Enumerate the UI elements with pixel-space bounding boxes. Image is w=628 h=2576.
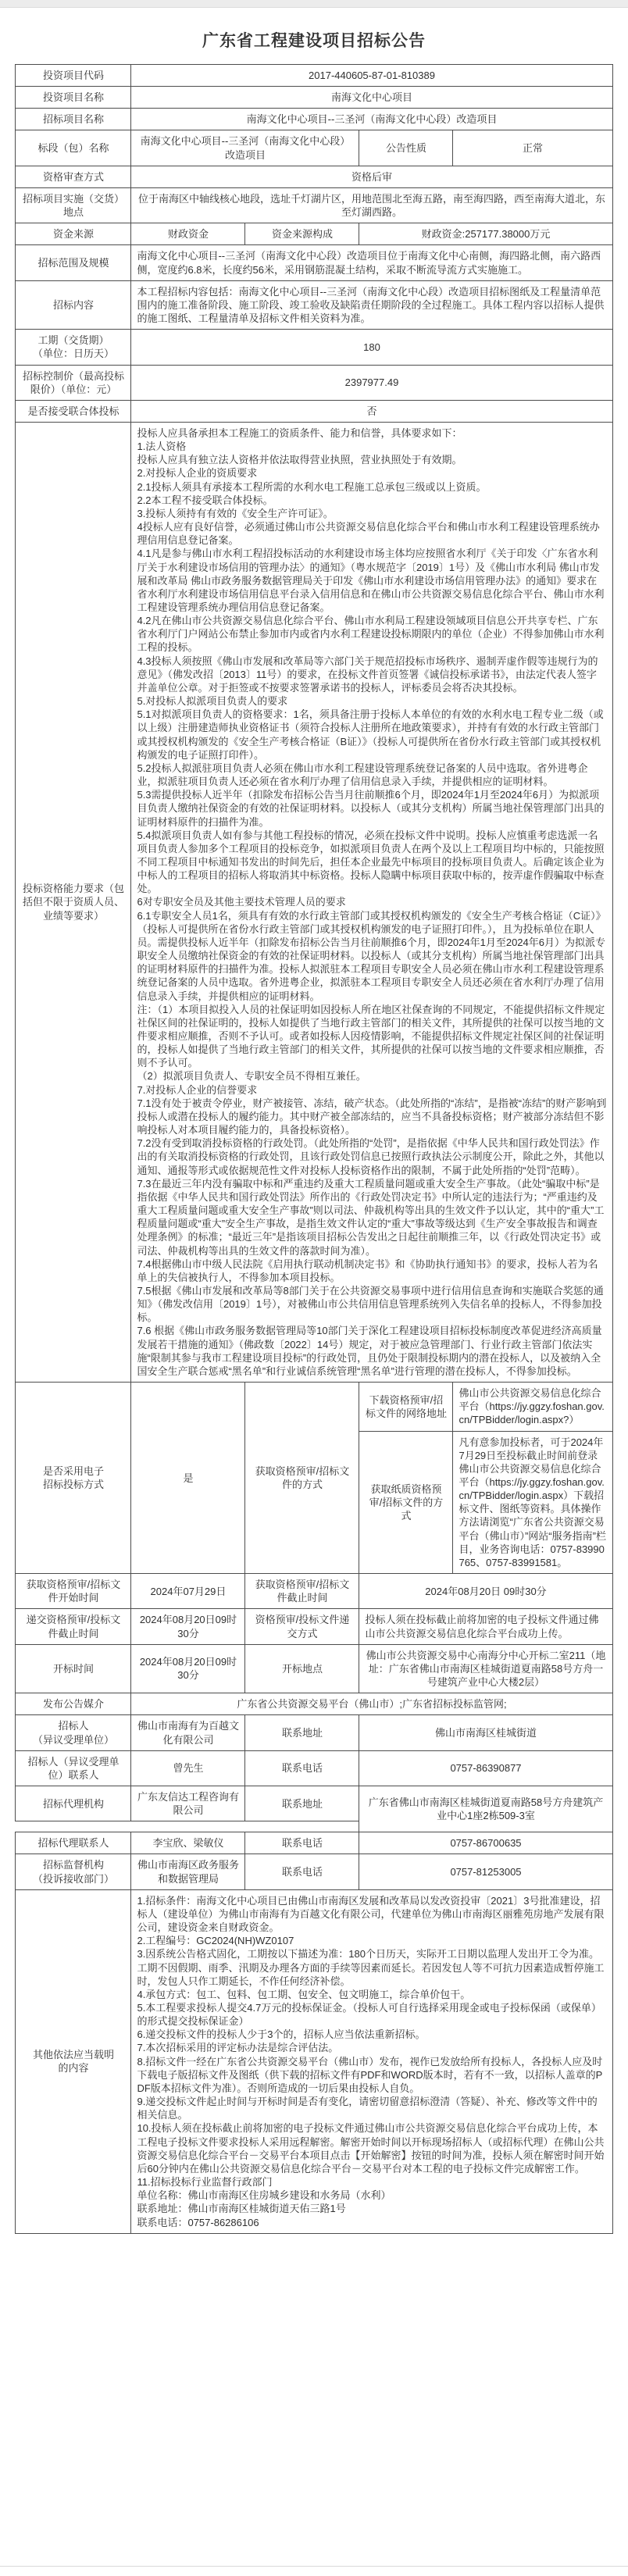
row-e-bidding-1: 是否采用电子 招标投标方式 是 获取资格预审/招标文件的方式 下载资格预审/招标… bbox=[16, 1383, 612, 1431]
qualification-review-label: 资格审查方式 bbox=[16, 166, 131, 187]
media-value: 广东省公共资源交易平台（佛山市）;广东省招标投标监管网; bbox=[131, 1693, 612, 1715]
notice-nature-value: 正常 bbox=[453, 130, 612, 166]
row-supervisor: 招标监督机构 （投诉接收部门） 佛山市南海区政务服务和数据管理局 联系电话 07… bbox=[16, 1854, 612, 1889]
qualification-review-value: 资格后审 bbox=[131, 166, 612, 187]
consortium-label: 是否接受联合体投标 bbox=[16, 400, 131, 422]
submission-deadline-label: 递交资格预审/投标文件截止时间 bbox=[16, 1609, 131, 1644]
doc-method-label: 获取资格预审/招标文件的方式 bbox=[245, 1383, 359, 1574]
agency-tel-value: 0757-86700635 bbox=[359, 1832, 612, 1854]
funds-label: 资金来源 bbox=[16, 223, 131, 245]
spacer-cell bbox=[245, 1821, 359, 1832]
top-strip bbox=[0, 0, 628, 8]
section-name-label: 标段（包）名称 bbox=[16, 130, 131, 166]
doc-obtain-start-label: 获取资格预审/招标文件开始时间 bbox=[16, 1574, 131, 1609]
row-other: 其他依法应当载明 的内容 1.招标条件：南海文化中心项目已由佛山市南海区发展和改… bbox=[16, 1889, 612, 2233]
page-title: 广东省工程建设项目招标公告 bbox=[0, 28, 628, 52]
qualification-requirements-value: 投标人应具备承担本工程施工的资质条件、能力和信誉，具体要求如下： 1.法人资格 … bbox=[131, 422, 612, 1382]
consortium-value: 否 bbox=[131, 400, 612, 422]
bid-opening-time-value: 2024年08月20日09时30分 bbox=[131, 1644, 245, 1693]
tenderer-contact-value: 曾先生 bbox=[131, 1750, 245, 1786]
row-qualification-requirements: 投标资格能力要求（包括但不限于资质人员、业绩等要求） 投标人应具备承担本工程施工… bbox=[16, 422, 612, 1382]
tenderer-addr-label: 联系地址 bbox=[245, 1715, 359, 1750]
row-control-price: 招标控制价（最高投标限价）（单位：元） 2397977.49 bbox=[16, 365, 612, 400]
scope-label: 招标范围及规模 bbox=[16, 245, 131, 280]
row-location: 招标项目实施（交货）地点 位于南海区中轴线核心地段，选址千灯湖片区，用地范围北至… bbox=[16, 187, 612, 223]
footer-divider bbox=[0, 2566, 628, 2567]
row-section-name: 标段（包）名称 南海文化中心项目--三圣河（南海文化中心段）改造项目 公告性质 … bbox=[16, 130, 612, 166]
doc-obtain-start-value: 2024年07月29日 bbox=[131, 1574, 245, 1609]
row-submission: 递交资格预审/投标文件截止时间 2024年08月20日09时30分 资格预审/投… bbox=[16, 1609, 612, 1644]
tenderer-tel-label: 联系电话 bbox=[245, 1750, 359, 1786]
agency-contact-label: 招标代理联系人 bbox=[16, 1832, 131, 1854]
tender-project-name-label: 招标项目名称 bbox=[16, 109, 131, 130]
agency-contact-value: 李宝欣、梁敏仪 bbox=[131, 1832, 245, 1854]
scope-value: 南海文化中心项目--三圣河（南海文化中心段）改造项目位于南海文化中心南侧，海四路… bbox=[131, 245, 612, 280]
funds-composition-value: 财政资金:257177.38000万元 bbox=[359, 223, 612, 245]
tenderer-label: 招标人 （异议受理单位） bbox=[16, 1715, 131, 1750]
notice-nature-label: 公告性质 bbox=[359, 130, 453, 166]
row-bid-opening: 开标时间 2024年08月20日09时30分 开标地点 佛山市公共资源交易中心南… bbox=[16, 1644, 612, 1693]
content-value: 本工程招标内容包括：南海文化中心项目--三圣河（南海文化中心段）改造项目招标图纸… bbox=[131, 280, 612, 329]
row-project-name: 投资项目名称 南海文化中心项目 bbox=[16, 87, 612, 109]
row-media: 发布公告媒介 广东省公共资源交易平台（佛山市）;广东省招标投标监管网; bbox=[16, 1693, 612, 1715]
tenderer-tel-value: 0757-86390877 bbox=[359, 1750, 612, 1786]
row-project-code: 投资项目代码 2017-440605-87-01-810389 bbox=[16, 65, 612, 87]
media-label: 发布公告媒介 bbox=[16, 1693, 131, 1715]
tenderer-contact-label: 招标人（异议受理单位）联系人 bbox=[16, 1750, 131, 1786]
spacer-cell bbox=[131, 1821, 245, 1832]
doc-obtain-end-value: 2024年08月20日 09时30分 bbox=[359, 1574, 612, 1609]
row-tenderer: 招标人 （异议受理单位） 佛山市南海有为百越文化有限公司 联系地址 佛山市南海区… bbox=[16, 1715, 612, 1750]
bid-opening-place-label: 开标地点 bbox=[245, 1644, 359, 1693]
agency-label: 招标代理机构 bbox=[16, 1786, 131, 1821]
supervisor-tel-label: 联系电话 bbox=[245, 1854, 359, 1889]
location-value: 位于南海区中轴线核心地段，选址千灯湖片区，用地范围北至海五路，南至海四路，西至南… bbox=[131, 187, 612, 223]
row-doc-obtain-time: 获取资格预审/招标文件开始时间 2024年07月29日 获取资格预审/招标文件截… bbox=[16, 1574, 612, 1609]
project-name-value: 南海文化中心项目 bbox=[131, 87, 612, 109]
row-agency: 招标代理机构 广东友信达工程咨询有限公司 联系地址 广东省佛山市南海区桂城街道夏… bbox=[16, 1786, 612, 1821]
agency-addr-label: 联系地址 bbox=[245, 1786, 359, 1821]
section-name-value: 南海文化中心项目--三圣河（南海文化中心段）改造项目 bbox=[131, 130, 359, 166]
tenderer-addr-value: 佛山市南海区桂城街道 bbox=[359, 1715, 612, 1750]
qualification-requirements-label: 投标资格能力要求（包括但不限于资质人员、业绩等要求） bbox=[16, 422, 131, 1382]
doc-obtain-end-label: 获取资格预审/招标文件截止时间 bbox=[245, 1574, 359, 1609]
row-agency-contact: 招标代理联系人 李宝欣、梁敏仪 联系电话 0757-86700635 bbox=[16, 1832, 612, 1854]
tender-notice-table: 投资项目代码 2017-440605-87-01-810389 投资项目名称 南… bbox=[15, 64, 612, 2234]
row-tenderer-contact: 招标人（异议受理单位）联系人 曾先生 联系电话 0757-86390877 bbox=[16, 1750, 612, 1786]
content-label: 招标内容 bbox=[16, 280, 131, 329]
spacer-cell bbox=[16, 1821, 131, 1832]
duration-value: 180 bbox=[131, 330, 612, 365]
funds-value: 财政资金 bbox=[131, 223, 245, 245]
location-label: 招标项目实施（交货）地点 bbox=[16, 187, 131, 223]
control-price-label: 招标控制价（最高投标限价）（单位：元） bbox=[16, 365, 131, 400]
project-code-value: 2017-440605-87-01-810389 bbox=[131, 65, 612, 87]
agency-tel-label: 联系电话 bbox=[245, 1832, 359, 1854]
row-tender-project-name: 招标项目名称 南海文化中心项目--三圣河（南海文化中心段）改造项目 bbox=[16, 109, 612, 130]
paper-doc-value: 凡有意参加投标者，可于2024年7月29日至投标截止时间前登录佛山市公共资源交易… bbox=[453, 1431, 612, 1574]
bid-opening-time-label: 开标时间 bbox=[16, 1644, 131, 1693]
bid-opening-place-value: 佛山市公共资源交易中心南海分中心开标二室211（地址：广东省佛山市南海区桂城街道… bbox=[359, 1644, 612, 1693]
row-content: 招标内容 本工程招标内容包括：南海文化中心项目--三圣河（南海文化中心段）改造项… bbox=[16, 280, 612, 329]
tender-project-name-value: 南海文化中心项目--三圣河（南海文化中心段）改造项目 bbox=[131, 109, 612, 130]
submission-method-value: 投标人须在投标截止前将加密的电子投标文件通过佛山市公共资源交易信息化综合平台成功… bbox=[359, 1609, 612, 1644]
other-value: 1.招标条件：南海文化中心项目已由佛山市南海区发展和改革局以发改资投审〔2021… bbox=[131, 1889, 612, 2233]
download-url-value: 佛山市公共资源交易信息化综合平台（https://jy.ggzy.foshan.… bbox=[453, 1383, 612, 1431]
e-bidding-value: 是 bbox=[131, 1383, 245, 1574]
submission-method-label: 资格预审/投标文件递交方式 bbox=[245, 1609, 359, 1644]
project-code-label: 投资项目代码 bbox=[16, 65, 131, 87]
agency-value: 广东友信达工程咨询有限公司 bbox=[131, 1786, 245, 1821]
paper-doc-label: 获取纸质资格预审/招标文件的方式 bbox=[359, 1431, 453, 1574]
project-name-label: 投资项目名称 bbox=[16, 87, 131, 109]
e-bidding-label: 是否采用电子 招标投标方式 bbox=[16, 1383, 131, 1574]
other-label: 其他依法应当载明 的内容 bbox=[16, 1889, 131, 2233]
tenderer-value: 佛山市南海有为百越文化有限公司 bbox=[131, 1715, 245, 1750]
supervisor-value: 佛山市南海区政务服务和数据管理局 bbox=[131, 1854, 245, 1889]
row-duration: 工期（交货期） （单位：日历天） 180 bbox=[16, 330, 612, 365]
supervisor-label: 招标监督机构 （投诉接收部门） bbox=[16, 1854, 131, 1889]
duration-label: 工期（交货期） （单位：日历天） bbox=[16, 330, 131, 365]
submission-deadline-value: 2024年08月20日09时30分 bbox=[131, 1609, 245, 1644]
row-consortium: 是否接受联合体投标 否 bbox=[16, 400, 612, 422]
row-scope: 招标范围及规模 南海文化中心项目--三圣河（南海文化中心段）改造项目位于南海文化… bbox=[16, 245, 612, 280]
agency-addr-value: 广东省佛山市南海区桂城街道夏南路58号方舟建筑产业中心1座2栋509-3室 bbox=[359, 1786, 612, 1832]
supervisor-tel-value: 0757-81253005 bbox=[359, 1854, 612, 1889]
control-price-value: 2397977.49 bbox=[131, 365, 612, 400]
row-funds: 资金来源 财政资金 资金来源构成 财政资金:257177.38000万元 bbox=[16, 223, 612, 245]
row-qualification-review: 资格审查方式 资格后审 bbox=[16, 166, 612, 187]
funds-composition-label: 资金来源构成 bbox=[245, 223, 359, 245]
download-url-label: 下载资格预审/招标文件的网络地址 bbox=[359, 1383, 453, 1431]
